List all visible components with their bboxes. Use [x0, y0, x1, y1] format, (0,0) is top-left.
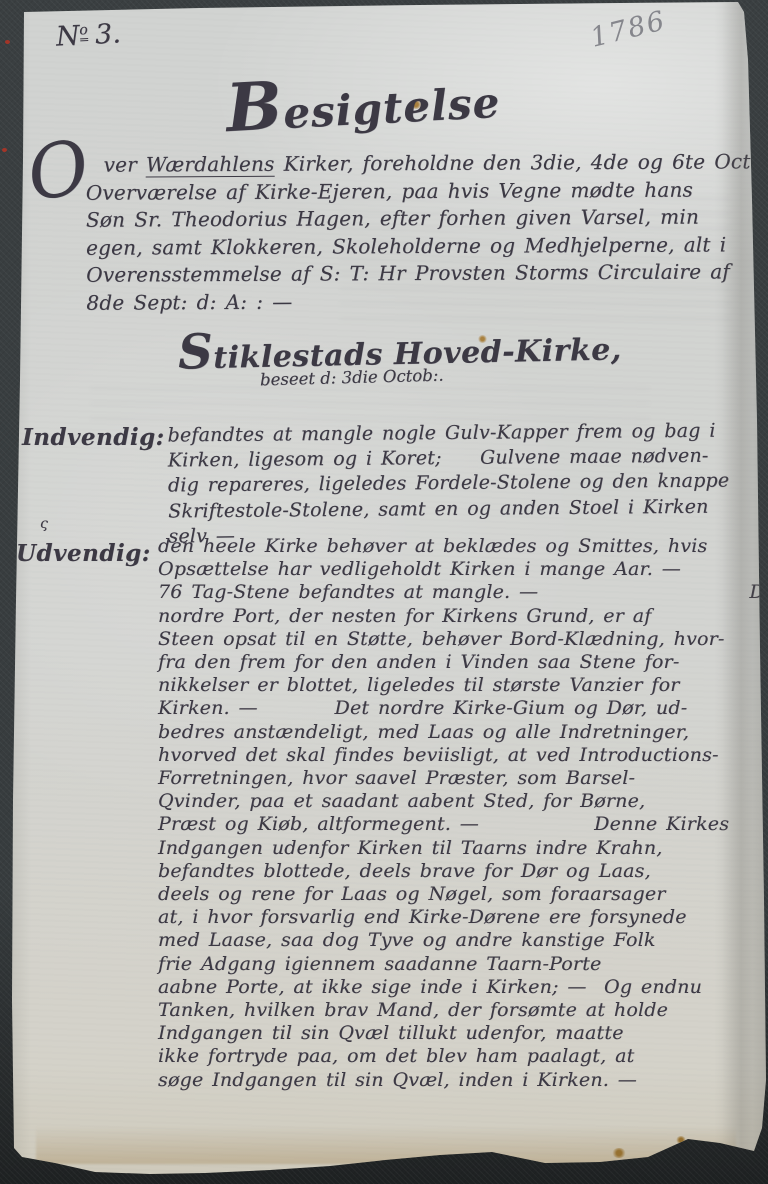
- manuscript-line: Tanken, hvilken brav Mand, der forsømte …: [158, 999, 768, 1022]
- manuscript-line: Præst og Kiøb, altformegent. — Denne Kir…: [158, 813, 768, 836]
- church-subheading: beseet d: 3die Octob:.: [260, 366, 444, 390]
- document-title: Besigtelse: [224, 55, 502, 147]
- document-number-superscript: o: [79, 22, 88, 41]
- section-indvendig-text: befandtes at mangle nogle Gulv-Kapper fr…: [167, 419, 729, 550]
- stray-ink-mark: ς: [40, 516, 48, 532]
- manuscript-line: Kirken. — Det nordre Kirke-Gium og Dør, …: [158, 697, 768, 720]
- flourish-initial: O: [22, 129, 95, 212]
- red-speck: [2, 148, 7, 152]
- manuscript-line: Qvinder, paa et saadant aabent Sted, for…: [158, 790, 768, 813]
- manuscript-line: hvorved det skal findes beviisligt, at v…: [158, 744, 768, 767]
- manuscript-line: Indgangen udenfor Kirken til Taarns indr…: [158, 837, 768, 860]
- manuscript-line: søge Indgangen til sin Qvæl, inden i Kir…: [158, 1069, 768, 1092]
- section-label-udvendig: Udvendig:: [16, 540, 151, 567]
- intro-paragraph: ver Wærdahlens Kirker, foreholdne den 3d…: [86, 148, 759, 317]
- manuscript-line: den heele Kirke behøver at beklædes og S…: [158, 535, 768, 558]
- document-number-value: 3.: [94, 18, 121, 50]
- manuscript-line: at, i hvor forsvarlig end Kirke-Dørene e…: [158, 906, 768, 929]
- manuscript-line: 76 Tag-Stene befandtes at mangle. — Den: [158, 581, 768, 604]
- manuscript-line: frie Adgang igiennem saadanne Taarn-Port…: [158, 953, 768, 976]
- manuscript-line: nordre Port, der nesten for Kirkens Grun…: [158, 605, 768, 628]
- manuscript-line: Steen opsat til en Støtte, behøver Bord-…: [158, 628, 768, 651]
- document-number: No3.: [55, 18, 121, 52]
- manuscript-line: egen, samt Klokkeren, Skoleholderne og M…: [86, 231, 758, 262]
- intro-line1-pre: ver: [104, 152, 146, 176]
- stain-spot: [676, 1136, 686, 1144]
- manuscript-line: Overværelse af Kirke-Ejeren, paa hvis Ve…: [86, 176, 758, 207]
- manuscript-line: befandtes blottede, deels brave for Dør …: [158, 860, 768, 883]
- manuscript-line: Forretningen, hvor saavel Præster, som B…: [158, 767, 768, 790]
- section-udvendig-text: den heele Kirke behøver at beklædes og S…: [158, 535, 768, 1092]
- intro-line1-post: Kirker, foreholdne den 3die, 4de og 6te …: [274, 149, 768, 176]
- red-speck: [5, 40, 10, 44]
- manuscript-line: Overensstemmelse af S: T: Hr Provsten St…: [86, 259, 758, 290]
- paper-age-tinge: [36, 1126, 736, 1164]
- manuscript-line: ikke fortryde paa, om det blev ham paala…: [158, 1045, 768, 1068]
- stain-spot: [612, 1148, 626, 1158]
- manuscript-line: bedres anstændeligt, med Laas og alle In…: [158, 721, 768, 744]
- manuscript-line: Opsættelse har vedligeholdt Kirken i man…: [158, 558, 768, 581]
- manuscript-line: med Laase, saa dog Tyve og andre kanstig…: [158, 929, 768, 952]
- manuscript-line: ver Wærdahlens Kirker, foreholdne den 3d…: [86, 148, 758, 179]
- document-number-prefix: N: [55, 20, 80, 52]
- manuscript-page: No3. 1786 Besigtelse O ver Wærdahlens Ki…: [0, 0, 768, 1184]
- manuscript-line: Søn Sr. Theodorius Hagen, efter forhen g…: [86, 203, 758, 234]
- manuscript-line: fra den frem for den anden i Vinden saa …: [158, 651, 768, 674]
- scan-background: No3. 1786 Besigtelse O ver Wærdahlens Ki…: [0, 0, 768, 1184]
- manuscript-line: 8de Sept: d: A: : —: [86, 286, 758, 317]
- manuscript-line: Skriftestole-Stolene, samt en og anden S…: [168, 494, 730, 524]
- manuscript-line: deels og rene for Laas og Nøgel, som for…: [158, 883, 768, 906]
- section-label-indvendig: Indvendig:: [22, 424, 165, 451]
- manuscript-line: nikkelser er blottet, ligeledes til stør…: [158, 674, 768, 697]
- manuscript-line: aabne Porte, at ikke sige inde i Kirken;…: [158, 976, 768, 999]
- year-pencil-note: 1786: [587, 5, 669, 54]
- manuscript-line: Indgangen til sin Qvæl tillukt udenfor, …: [158, 1022, 768, 1045]
- underlined-placename: Wærdahlens: [146, 152, 275, 178]
